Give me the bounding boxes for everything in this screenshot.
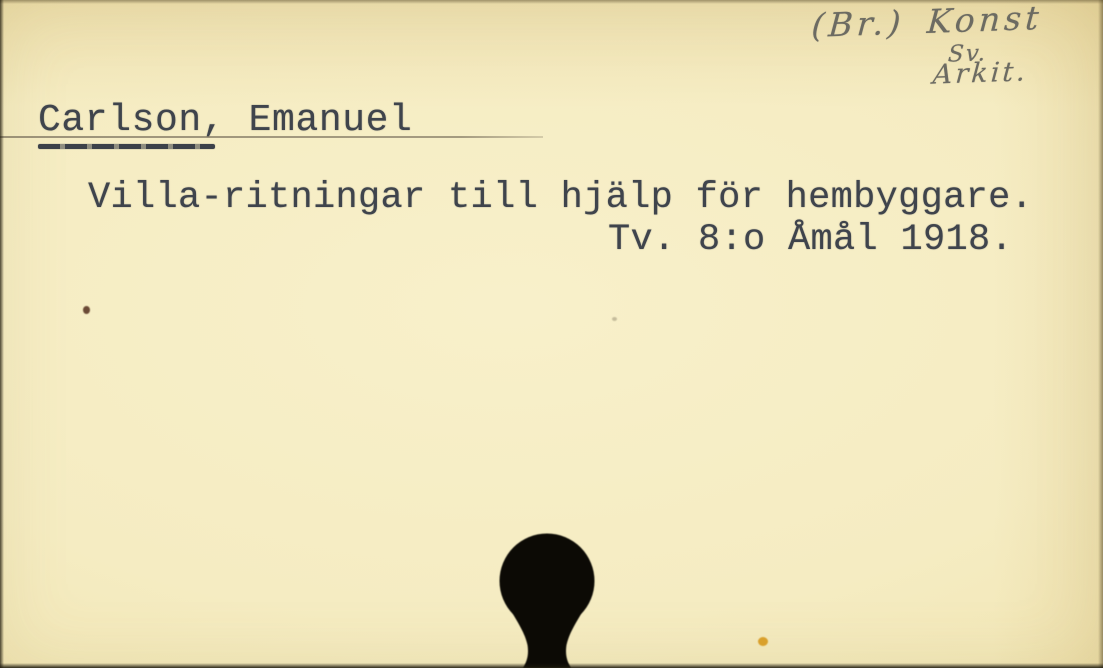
faint-speck xyxy=(612,317,617,321)
scan-edge-right xyxy=(1098,0,1103,668)
heading-underline xyxy=(38,144,215,149)
scan-edge-left xyxy=(0,0,4,668)
catalog-card: (Br.) Konst Sv. Arkit. Carlson, Emanuel … xyxy=(0,0,1103,668)
keyhole-punch-hole xyxy=(467,528,627,668)
ink-speck xyxy=(83,306,90,314)
imprint-line: Tv. 8:o Åmål 1918. xyxy=(608,219,1013,261)
handwritten-classification-line3: Arkit. xyxy=(932,56,1029,90)
title-line: Villa-ritningar till hjälp för hembyggar… xyxy=(88,177,1033,219)
stain-speck xyxy=(758,637,768,646)
handwritten-classification-line1: (Br.) Konst xyxy=(810,0,1044,45)
ruled-line xyxy=(0,136,543,138)
